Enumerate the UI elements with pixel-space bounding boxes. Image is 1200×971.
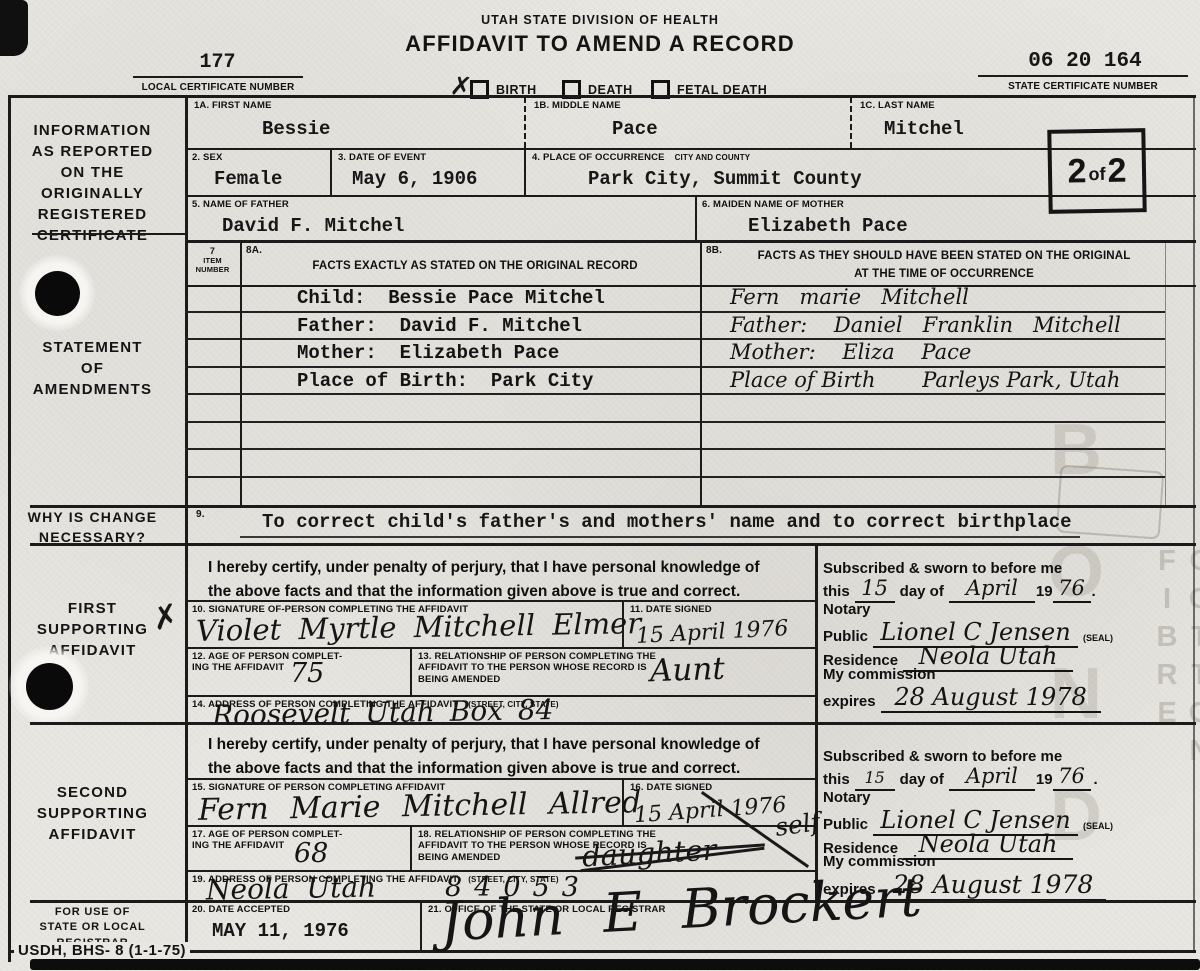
table-row: Mother: Elizabeth PaceMother: Eliza Pace: [185, 340, 1165, 368]
why-change-item-number: 9.: [196, 509, 205, 521]
divider-line: [30, 505, 1196, 508]
divider-line: [185, 95, 188, 950]
facts-original-cell: [185, 423, 700, 449]
facts-corrected-cell: Fern marie Mitchell: [700, 285, 1165, 311]
table-row: Father: David F. MitchelFather: Daniel F…: [185, 313, 1165, 341]
divider-line: [695, 195, 697, 240]
signature-1-value: Violet Myrtle Mitchell Elmer: [196, 606, 642, 648]
divider-line: [185, 647, 815, 649]
certify-statement-2: I hereby certify, under penalty of perju…: [208, 733, 808, 781]
facts-corrected-cell: [700, 478, 1165, 506]
public-word: Public: [823, 628, 868, 645]
expires-value: 28 August 1978: [894, 683, 1086, 711]
first-name-value: Bessie: [262, 120, 330, 139]
divider-line: [700, 240, 702, 505]
why-change-value: To correct child's father's and mothers'…: [262, 513, 1072, 532]
facts-original-cell: Mother: Elizabeth Pace: [185, 340, 700, 366]
sidebar-why-label: WHY IS CHANGE NECESSARY?: [5, 508, 180, 547]
father-name-value: David F. Mitchel: [222, 217, 404, 236]
facts-corrected-cell: Father: Daniel Franklin Mitchell: [700, 313, 1165, 339]
place-sublabel: CITY AND COUNTY: [675, 153, 751, 162]
sworn-month-field: April: [949, 767, 1035, 791]
form-number: USDH, BHS- 8 (1-1-75): [14, 942, 190, 959]
relationship-1-label: 13. RELATIONSHIP OF PERSON COMPLETING TH…: [418, 651, 656, 685]
facts-corrected-cell: [700, 395, 1165, 421]
expires-word: expires: [823, 693, 876, 710]
date-of-event-value: May 6, 1906: [352, 170, 477, 189]
seal-label: (SEAL): [1083, 633, 1113, 643]
handwritten-x-birth: ✗: [448, 71, 473, 103]
address-1-value: Roosevelt Utah Box 84: [212, 693, 554, 732]
facts-original-cell: Child: Bessie Pace Mitchel: [185, 285, 700, 311]
mother-name-label: 6. MAIDEN NAME OF MOTHER: [702, 199, 844, 210]
facts-corrected-cell: [700, 450, 1165, 476]
facts-corrected-cell: Mother: Eliza Pace: [700, 340, 1165, 366]
divider-line: [410, 647, 412, 695]
affidavit-scanned-document: BOND COTTON FIBRE UTAH STATE DIVISION OF…: [0, 0, 1200, 971]
expires-line-1: expires 28 August 1978: [823, 686, 1101, 713]
place-of-occurrence-value: Park City, Summit County: [588, 170, 862, 189]
sworn-year-field: 76: [1053, 579, 1091, 603]
date-signed-2-label: 16. DATE SIGNED: [630, 782, 712, 793]
table-row: Place of Birth: Park CityPlace of Birth …: [185, 368, 1165, 396]
age-2-value: 68: [294, 838, 328, 869]
sidebar-second-affidavit-label: SECOND SUPPORTING AFFIDAVIT: [5, 782, 180, 845]
sworn-day-field: 15: [855, 579, 895, 603]
facts-original-cell: [185, 395, 700, 421]
hole-punch: [35, 271, 80, 316]
divider-line: [133, 76, 303, 78]
stamp-of: of: [1088, 163, 1105, 184]
col-8b-number: 8B.: [706, 245, 722, 257]
sex-label: 2. SEX: [192, 152, 222, 163]
notary-word-1: Notary: [823, 601, 871, 618]
age-1-value: 75: [290, 658, 324, 689]
stamp-n2: 2: [1107, 151, 1127, 190]
first-name-label: 1A. FIRST NAME: [194, 100, 272, 111]
facts-original-cell: Place of Birth: Park City: [185, 368, 700, 394]
local-certificate-number: 177: [135, 53, 300, 73]
divider-line: [32, 233, 185, 235]
address-2-value: Neola Utah: [206, 871, 377, 907]
sworn-month-value: April: [966, 576, 1018, 600]
divider-line: [30, 722, 1196, 725]
sidebar-statement-label: STATEMENT OF AMENDMENTS: [5, 337, 180, 400]
sworn-year-value: 76: [1058, 576, 1085, 600]
divider-line: [524, 148, 526, 195]
agency-name: UTAH STATE DIVISION OF HEALTH: [0, 13, 1200, 27]
middle-name-value: Pace: [612, 120, 658, 139]
relationship-2-value: self: [773, 807, 821, 842]
state-certificate-label: STATE CERTIFICATE NUMBER: [978, 81, 1188, 93]
divider-line: [30, 543, 1196, 546]
divider-line: [185, 195, 1196, 197]
divider-line: [1165, 240, 1166, 505]
divider-line: [978, 75, 1188, 77]
table-row: Child: Bessie Pace MitchelFern marie Mit…: [185, 285, 1165, 313]
period: .: [1094, 771, 1098, 788]
public-word: Public: [823, 816, 868, 833]
facts-corrected-cell: Place of Birth Parleys Park, Utah: [700, 368, 1165, 394]
signature-2-value: Fern Marie Mitchell Allred: [198, 785, 642, 828]
divider-line: [420, 900, 422, 950]
sworn-date-line-1: this 15 day of April 19 76 .: [823, 579, 1096, 603]
col-8a-number: 8A.: [246, 245, 262, 257]
place-of-occurrence-label: 4. PLACE OF OCCURRENCECITY AND COUNTY: [532, 152, 750, 163]
middle-name-label: 1B. MIDDLE NAME: [534, 100, 621, 111]
sworn-text-1: Subscribed & sworn to before me: [823, 560, 1062, 577]
bottom-scan-bar: [30, 959, 1200, 970]
table-row: [185, 478, 1165, 506]
last-name-value: Mitchel: [884, 120, 964, 139]
item-number-words: ITEM NUMBER: [187, 256, 238, 274]
relationship-1-value: Aunt: [649, 651, 725, 690]
divider-line: [240, 240, 242, 505]
year-prefix: 19: [1036, 771, 1053, 788]
sidebar-info-label: INFORMATION AS REPORTED ON THE ORIGINALL…: [5, 120, 180, 246]
date-of-event-label: 3. DATE OF EVENT: [338, 152, 426, 163]
date-accepted-value: MAY 11, 1976: [212, 922, 349, 941]
sworn-year-value: 76: [1058, 764, 1085, 788]
residence-value: Neola Utah: [919, 642, 1058, 670]
sworn-day-field: 15: [855, 771, 895, 791]
sworn-date-line-2: this 15 day of April 19 76 .: [823, 767, 1098, 791]
residence-value: Neola Utah: [919, 830, 1058, 858]
divider-line: [815, 543, 818, 722]
divider-line: [1193, 95, 1195, 952]
amendments-table: Child: Bessie Pace MitchelFern marie Mit…: [185, 285, 1165, 505]
expires-value: 28 August 1978: [893, 870, 1093, 899]
this-word: this: [823, 583, 850, 600]
father-name-label: 5. NAME OF FATHER: [192, 199, 289, 210]
sworn-day-value: 15: [864, 768, 884, 787]
mother-name-value: Elizabeth Pace: [748, 217, 908, 236]
sworn-year-field: 76: [1053, 767, 1091, 791]
divider-line: [185, 600, 815, 602]
last-name-label: 1C. LAST NAME: [860, 100, 935, 111]
sworn-month-field: April: [949, 579, 1035, 603]
divider-line: [330, 148, 332, 195]
this-word: this: [823, 771, 850, 788]
day-of-words: day of: [900, 771, 944, 788]
sworn-text-2: Subscribed & sworn to before me: [823, 748, 1062, 765]
my-commission-words-1: My commission: [823, 666, 936, 683]
divider-line: [524, 97, 526, 148]
certify-statement-1: I hereby certify, under penalty of perju…: [208, 556, 808, 604]
sex-value: Female: [214, 170, 282, 189]
table-row: [185, 450, 1165, 478]
local-certificate-label: LOCAL CERTIFICATE NUMBER: [133, 82, 303, 94]
divider-line: [185, 240, 1196, 243]
divider-line: [240, 536, 1080, 538]
divider-line: [410, 825, 412, 870]
date-signed-1-value: 15 April 1976: [635, 616, 789, 649]
table-row: [185, 395, 1165, 423]
facts-original-cell: Father: David F. Mitchel: [185, 313, 700, 339]
sworn-day-value: 15: [861, 576, 888, 600]
sworn-month-value: April: [966, 764, 1018, 788]
page-stamp: 2 of 2: [1047, 128, 1146, 214]
state-certificate-number: 06 20 164: [985, 51, 1185, 72]
facts-original-cell: [185, 450, 700, 476]
col-8a-title: FACTS EXACTLY AS STATED ON THE ORIGINAL …: [250, 260, 700, 274]
table-row: [185, 423, 1165, 451]
period: .: [1092, 583, 1096, 600]
date-signed-1-label: 11. DATE SIGNED: [630, 604, 712, 615]
expires-field: 28 August 1978: [881, 686, 1101, 713]
hole-punch: [26, 663, 73, 710]
col-8b-title: FACTS AS THEY SHOULD HAVE BEEN STATED ON…: [724, 248, 1164, 284]
divider-line: [850, 97, 852, 148]
place-label-text: 4. PLACE OF OCCURRENCE: [532, 152, 665, 163]
facts-corrected-cell: [700, 423, 1165, 449]
divider-line: [185, 148, 1196, 150]
day-of-words: day of: [900, 583, 944, 600]
divider-line: [185, 778, 815, 780]
seal-label: (SEAL): [1083, 821, 1113, 831]
stamp-n1: 2: [1067, 152, 1087, 191]
facts-original-cell: [185, 478, 700, 506]
year-prefix: 19: [1036, 583, 1053, 600]
notary-word-2: Notary: [823, 789, 871, 806]
